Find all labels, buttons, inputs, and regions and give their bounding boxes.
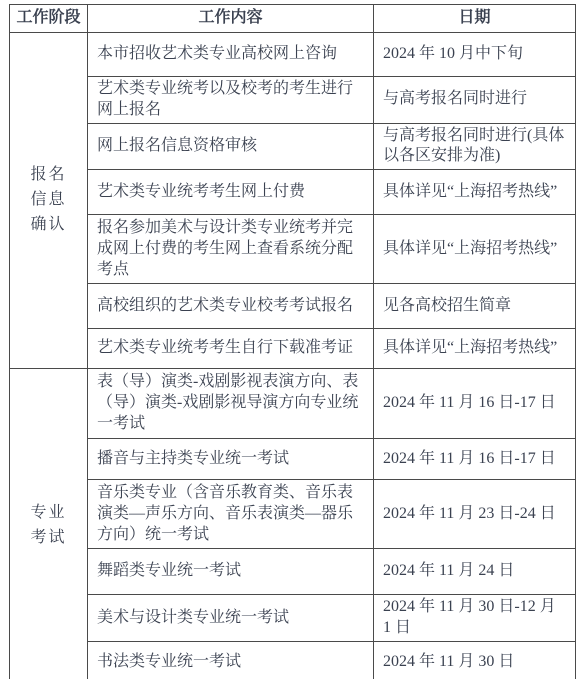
table-row: 美术与设计类专业统一考试 2024 年 11 月 30 日-12 月 1 日 [10, 595, 576, 642]
header-cell-content: 工作内容 [88, 5, 374, 33]
table-row: 艺术类专业统考考生自行下载准考证 具体详见“上海招考热线” [10, 329, 576, 369]
content-cell: 本市招收艺术类专业高校网上咨询 [88, 33, 374, 77]
table-row: 艺术类专业统考以及校考的考生进行网上报名 与高考报名同时进行 [10, 77, 576, 124]
date-cell: 见各高校招生简章 [374, 284, 576, 329]
table-row: 艺术类专业统考考生网上付费 具体详见“上海招考热线” [10, 170, 576, 215]
header-cell-stage: 工作阶段 [10, 5, 88, 33]
table-row: 音乐类专业（含音乐教育类、音乐表演类—声乐方向、音乐表演类—器乐方向）统一考试 … [10, 480, 576, 549]
schedule-table: 工作阶段 工作内容 日期 报名 信息 确认 本市招收艺术类专业高校网上咨询 20… [9, 4, 576, 679]
content-cell: 表（导）演类-戏剧影视表演方向、表（导）演类-戏剧影视导演方向专业统一考试 [88, 369, 374, 439]
table-row: 专业 考试 表（导）演类-戏剧影视表演方向、表（导）演类-戏剧影视导演方向专业统… [10, 369, 576, 439]
date-cell: 具体详见“上海招考热线” [374, 215, 576, 284]
content-cell: 播音与主持类专业统一考试 [88, 439, 374, 480]
table-row: 高校组织的艺术类专业校考考试报名 见各高校招生简章 [10, 284, 576, 329]
header-cell-date: 日期 [374, 5, 576, 33]
date-cell: 2024 年 11 月 16 日-17 日 [374, 439, 576, 480]
date-cell: 具体详见“上海招考热线” [374, 329, 576, 369]
content-cell: 网上报名信息资格审核 [88, 123, 374, 170]
date-cell: 2024 年 11 月 24 日 [374, 549, 576, 595]
table-header-row: 工作阶段 工作内容 日期 [10, 5, 576, 33]
table-row: 报名参加美术与设计类专业统考并完成网上付费的考生网上查看系统分配考点 具体详见“… [10, 215, 576, 284]
date-cell: 2024 年 10 月中下旬 [374, 33, 576, 77]
date-cell: 与高考报名同时进行(具体以各区安排为准) [374, 123, 576, 170]
date-cell: 2024 年 11 月 16 日-17 日 [374, 369, 576, 439]
content-cell: 书法类专业统一考试 [88, 641, 374, 679]
table-row: 舞蹈类专业统一考试 2024 年 11 月 24 日 [10, 549, 576, 595]
stage-cell-registration: 报名 信息 确认 [10, 33, 88, 369]
date-cell: 2024 年 11 月 30 日-12 月 1 日 [374, 595, 576, 642]
content-cell: 高校组织的艺术类专业校考考试报名 [88, 284, 374, 329]
table-row: 播音与主持类专业统一考试 2024 年 11 月 16 日-17 日 [10, 439, 576, 480]
date-cell: 与高考报名同时进行 [374, 77, 576, 124]
content-cell: 艺术类专业统考考生网上付费 [88, 170, 374, 215]
date-cell: 2024 年 11 月 30 日 [374, 641, 576, 679]
stage-cell-exam: 专业 考试 [10, 369, 88, 679]
content-cell: 美术与设计类专业统一考试 [88, 595, 374, 642]
table-row: 网上报名信息资格审核 与高考报名同时进行(具体以各区安排为准) [10, 123, 576, 170]
date-cell: 2024 年 11 月 23 日-24 日 [374, 480, 576, 549]
content-cell: 报名参加美术与设计类专业统考并完成网上付费的考生网上查看系统分配考点 [88, 215, 374, 284]
content-cell: 音乐类专业（含音乐教育类、音乐表演类—声乐方向、音乐表演类—器乐方向）统一考试 [88, 480, 374, 549]
table-row: 报名 信息 确认 本市招收艺术类专业高校网上咨询 2024 年 10 月中下旬 [10, 33, 576, 77]
table-row: 书法类专业统一考试 2024 年 11 月 30 日 [10, 641, 576, 679]
content-cell: 舞蹈类专业统一考试 [88, 549, 374, 595]
content-cell: 艺术类专业统考以及校考的考生进行网上报名 [88, 77, 374, 124]
content-cell: 艺术类专业统考考生自行下载准考证 [88, 329, 374, 369]
date-cell: 具体详见“上海招考热线” [374, 170, 576, 215]
